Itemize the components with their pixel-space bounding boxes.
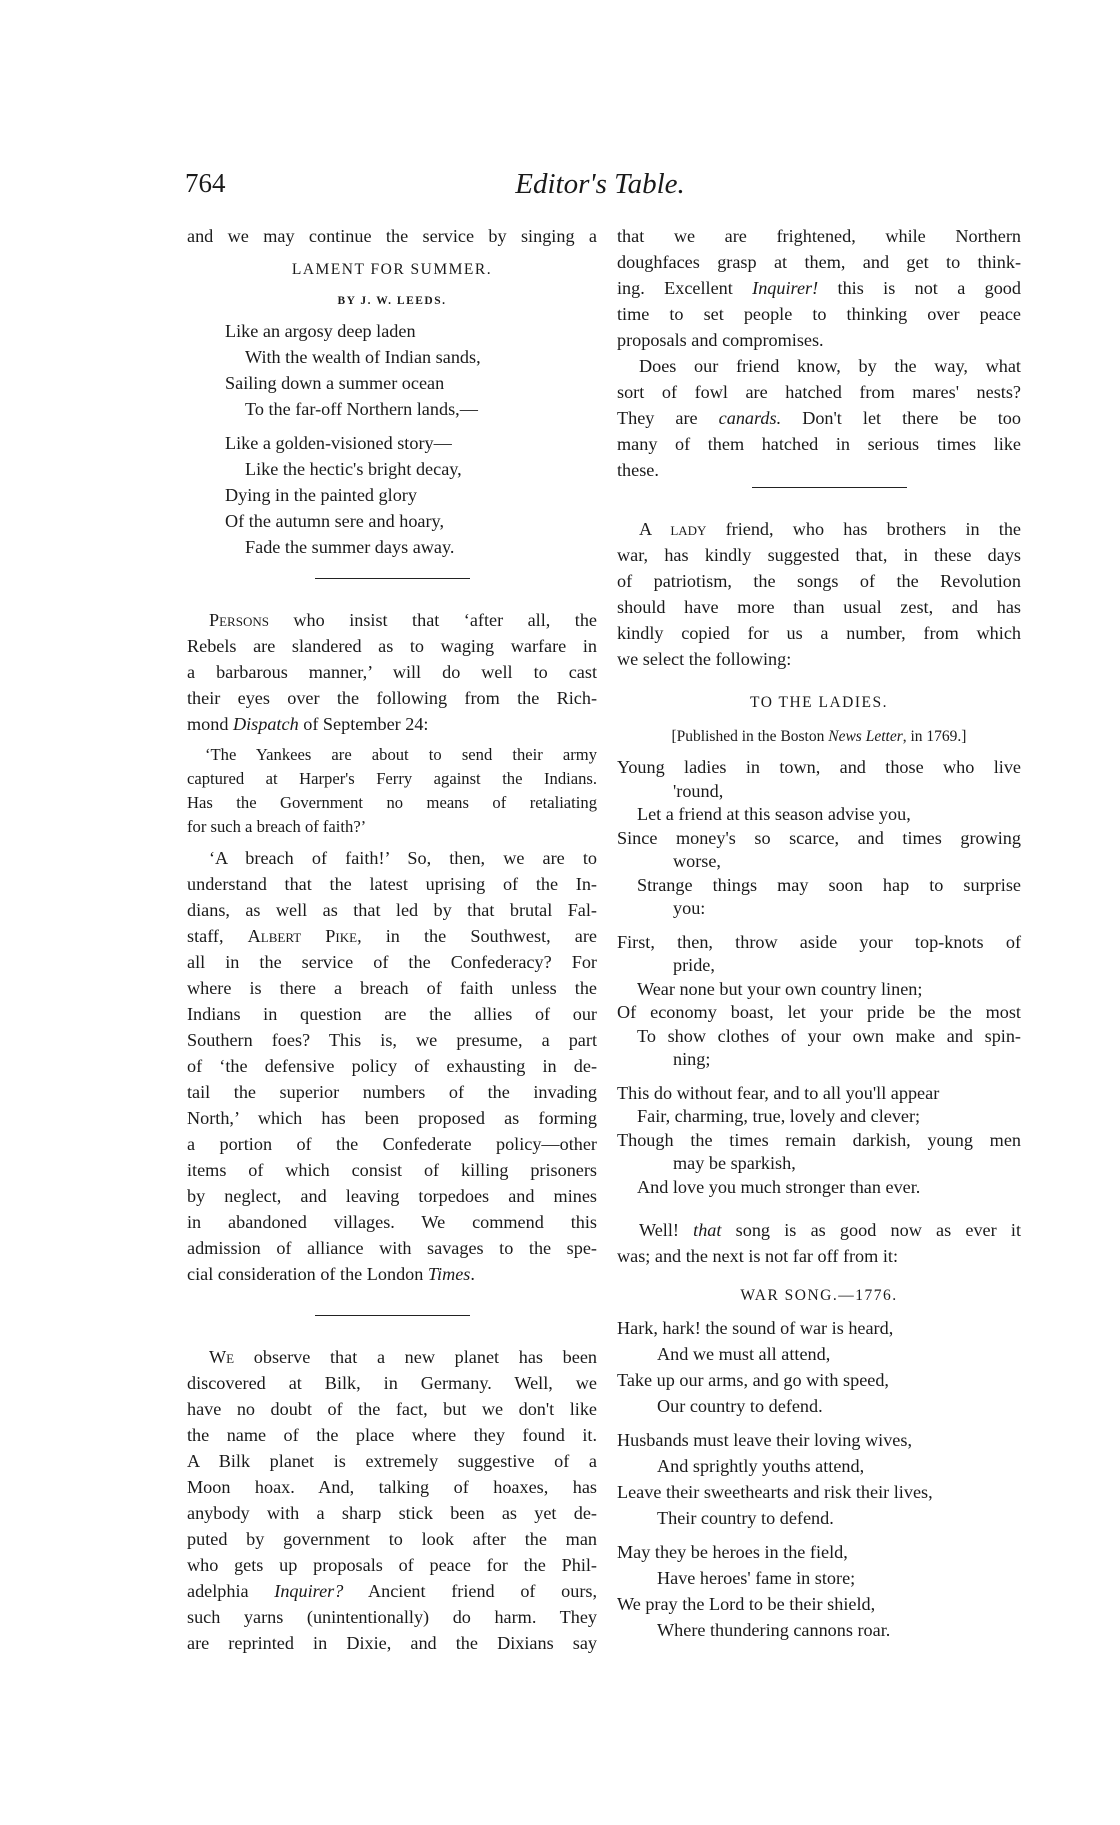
poem-byline: BY J. W. LEEDS.: [187, 288, 597, 314]
publication-title: Dispatch: [233, 714, 299, 734]
planet-paragraph: We observe that a new planet has been di…: [187, 1344, 597, 1656]
lead-word: Persons: [209, 610, 269, 630]
continuation-line: and we may continue the service by singi…: [187, 223, 597, 249]
verse-line: Fade the summer days away.: [187, 534, 597, 560]
publication-title: Inquirer?: [274, 1581, 343, 1601]
poem-stanza: Hark, hark! the sound of war is heard, A…: [617, 1315, 1021, 1419]
lead-word: We: [209, 1347, 234, 1367]
publication-title: Inquirer!: [752, 278, 818, 298]
well-paragraph: Well! that song is as good now as ever i…: [617, 1217, 1021, 1269]
poem-stanza: Husbands must leave their loving wives, …: [617, 1427, 1021, 1531]
verse-line: Sailing down a summer ocean: [187, 370, 597, 396]
canards-paragraph: Does our friend know, by the way, what s…: [617, 353, 1021, 483]
verse-line: Dying in the painted glory: [187, 482, 597, 508]
poem-stanza: First, then, throw aside your top-knots …: [617, 931, 1021, 1072]
running-title: Editor's Table.: [185, 168, 1015, 201]
document-page: 764 Editor's Table. and we may continue …: [0, 0, 1120, 1825]
poem-stanza: Like an argosy deep laden With the wealt…: [187, 318, 597, 422]
publication-title: Times: [428, 1264, 470, 1284]
verse-line: Like the hectic's bright decay,: [187, 456, 597, 482]
left-column: and we may continue the service by singi…: [187, 223, 597, 1656]
persons-paragraph: Persons who insist that ‘after all, the …: [187, 607, 597, 737]
continuation-paragraph: that we are frightened, while Northern d…: [617, 223, 1021, 353]
verse-line: To the far-off Northern lands,—: [187, 396, 597, 422]
poem-stanza: Like a golden-visioned story— Like the h…: [187, 430, 597, 560]
poem-title: WAR SONG.—1776.: [617, 1283, 1021, 1309]
verse-line: Of the autumn sere and hoary,: [187, 508, 597, 534]
verse-line: With the wealth of Indian sands,: [187, 344, 597, 370]
dispatch-quote: ‘The Yankees are about to send their arm…: [187, 743, 597, 839]
verse-line: Like a golden-visioned story—: [187, 430, 597, 456]
poem-stanza: Young ladies in town, and those who live…: [617, 756, 1021, 921]
poem-stanza: May they be heroes in the field, Have he…: [617, 1539, 1021, 1643]
right-column: that we are frightened, while Northern d…: [617, 223, 1021, 1643]
running-head: 764 Editor's Table.: [185, 168, 1015, 208]
poem-title: TO THE LADIES.: [617, 690, 1021, 716]
breach-paragraph: ‘A breach of faith!’ So, then, we are to…: [187, 845, 597, 1287]
verse-line: Like an argosy deep laden: [187, 318, 597, 344]
person-name: Albert Pike: [248, 926, 357, 946]
poem-source-note: [Published in the Boston News Letter, in…: [617, 724, 1021, 750]
poem-stanza: This do without fear, and to all you'll …: [617, 1082, 1021, 1200]
poem-title: LAMENT FOR SUMMER.: [187, 257, 597, 283]
lady-paragraph: A lady friend, who has brothers in the w…: [617, 516, 1021, 672]
